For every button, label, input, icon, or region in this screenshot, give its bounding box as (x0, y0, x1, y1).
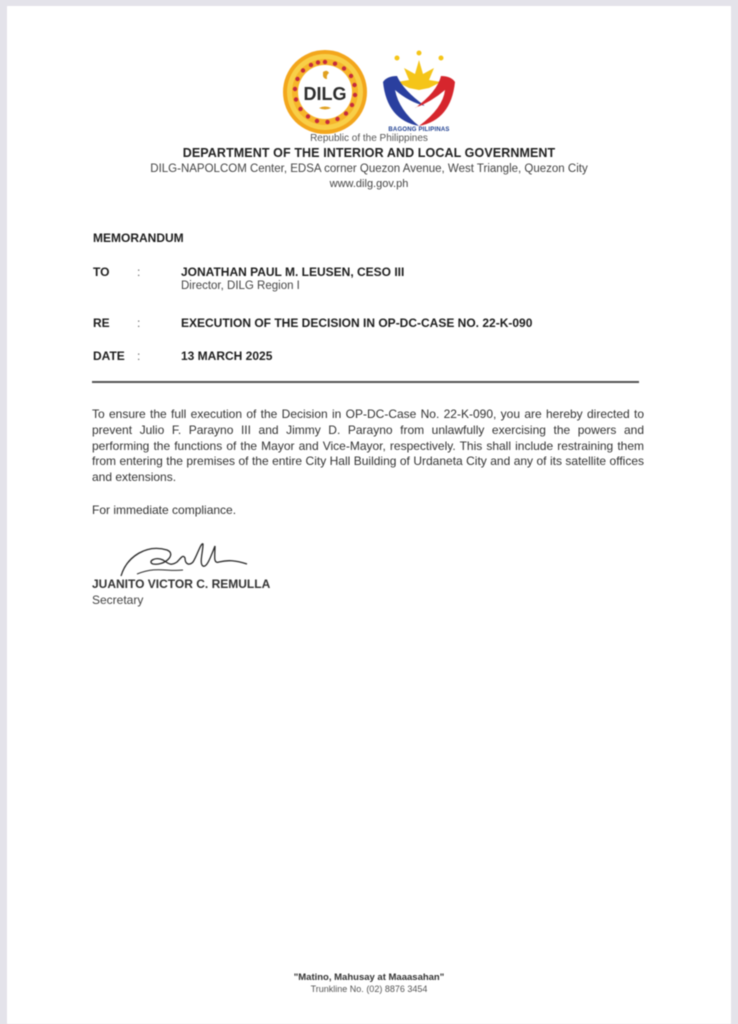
svg-text:DILG: DILG (304, 84, 347, 104)
memo-closing: For immediate compliance. (92, 503, 236, 517)
date-value: 13 MARCH 2025 (181, 349, 272, 363)
to-subtitle: Director, DILG Region I (181, 280, 300, 292)
memo-title: MEMORANDUM (93, 231, 184, 245)
memorandum-page: DILG BAGONG PILIPINAS Republic of the Ph… (7, 6, 731, 1024)
to-colon: : (137, 265, 140, 279)
to-label: TO (93, 265, 109, 279)
header-divider (92, 381, 639, 383)
footer-motto: "Matino, Mahusay at Maaasahan" (7, 972, 731, 983)
re-value: EXECUTION OF THE DECISION IN OP-DC-CASE … (181, 316, 532, 330)
header-logos: DILG BAGONG PILIPINAS (281, 48, 471, 140)
department-address: DILG-NAPOLCOM Center, EDSA corner Quezon… (7, 163, 731, 175)
signatory-title: Secretary (92, 593, 143, 607)
republic-heading: Republic of the Philippines (7, 133, 731, 144)
re-label: RE (93, 316, 110, 330)
re-colon: : (137, 316, 140, 330)
bagong-pilipinas-logo-icon (379, 50, 459, 128)
dilg-seal-icon: DILG (281, 48, 369, 136)
footer-trunkline: Trunkline No. (02) 8876 3454 (7, 984, 731, 994)
date-colon: : (137, 349, 140, 363)
signatory-name: JUANITO VICTOR C. REMULLA (92, 577, 270, 591)
date-label: DATE (93, 349, 125, 363)
department-name: DEPARTMENT OF THE INTERIOR AND LOCAL GOV… (7, 146, 731, 160)
to-value: JONATHAN PAUL M. LEUSEN, CESO III (181, 265, 404, 279)
department-website[interactable]: www.dilg.gov.ph (7, 178, 731, 190)
memo-body: To ensure the full execution of the Deci… (92, 407, 644, 486)
